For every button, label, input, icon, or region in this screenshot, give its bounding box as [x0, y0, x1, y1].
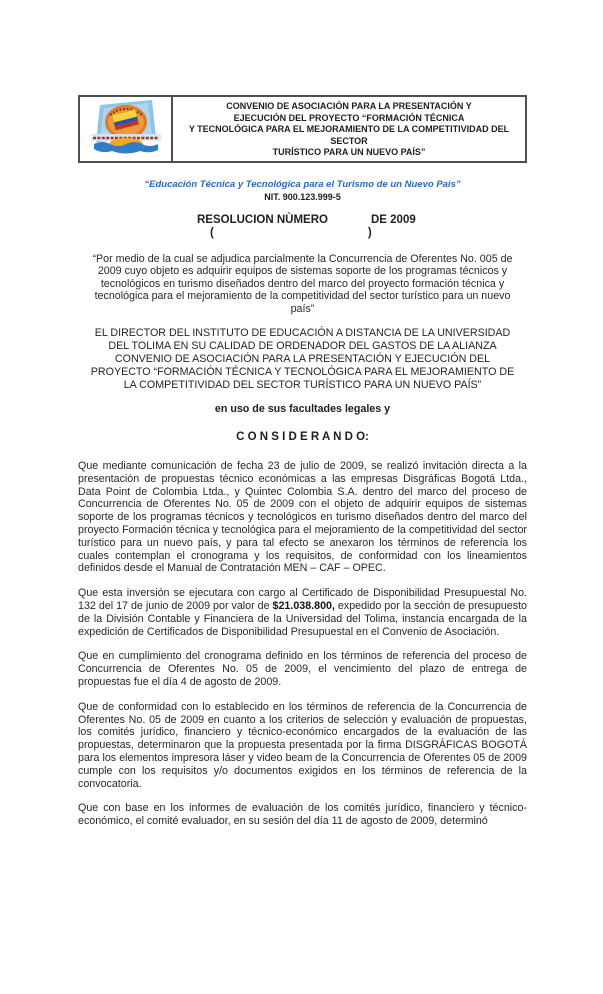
document-header-box: CONVENIO DE ASOCIACIÓN PARA LA PRESENTAC… [78, 95, 527, 163]
budget-amount: $21.038.800, [273, 600, 335, 612]
legal-powers-line: en uso de sus facultades legales y [78, 403, 527, 415]
header-convenio-title: CONVENIO DE ASOCIACIÓN PARA LA PRESENTAC… [173, 97, 525, 161]
resolution-paren-line: () [197, 227, 527, 239]
nit-line: NIT. 900.123.999-5 [78, 192, 527, 202]
resolution-document: CONVENIO DE ASOCIACIÓN PARA LA PRESENTAC… [0, 0, 603, 828]
paragraph-budget: Que esta inversión se ejecutara con carg… [78, 587, 527, 638]
resolution-label: RESOLUCION NÙMERO [197, 214, 328, 226]
alliance-emblem-logo [90, 98, 162, 158]
paragraph-invitation: Que mediante comunicación de fecha 23 de… [78, 460, 527, 575]
resolution-title-line: RESOLUCION NÙMERODE 2009 [197, 214, 527, 226]
resolution-year: DE 2009 [371, 214, 416, 226]
paragraph-evaluation: Que de conformidad con lo establecido en… [78, 701, 527, 791]
logo-cell [80, 97, 173, 161]
paragraph-deadline: Que en cumplimiento del cronograma defin… [78, 650, 527, 688]
motto-line: “Educación Técnica y Tecnológica para el… [78, 179, 527, 190]
paren-close: ) [368, 227, 372, 239]
issuing-authority-block: EL DIRECTOR DEL INSTITUTO DE EDUCACIÓN A… [78, 327, 527, 392]
considerando-heading: C O N S I D E R A N D O: [78, 431, 527, 443]
adjudication-subject-quote: “Por medio de la cual se adjudica parcia… [78, 253, 527, 315]
paren-open: ( [210, 227, 214, 239]
resolution-number-block: RESOLUCION NÙMERODE 2009 () [78, 214, 527, 239]
paragraph-committee-session: Que con base en los informes de evaluaci… [78, 802, 527, 828]
